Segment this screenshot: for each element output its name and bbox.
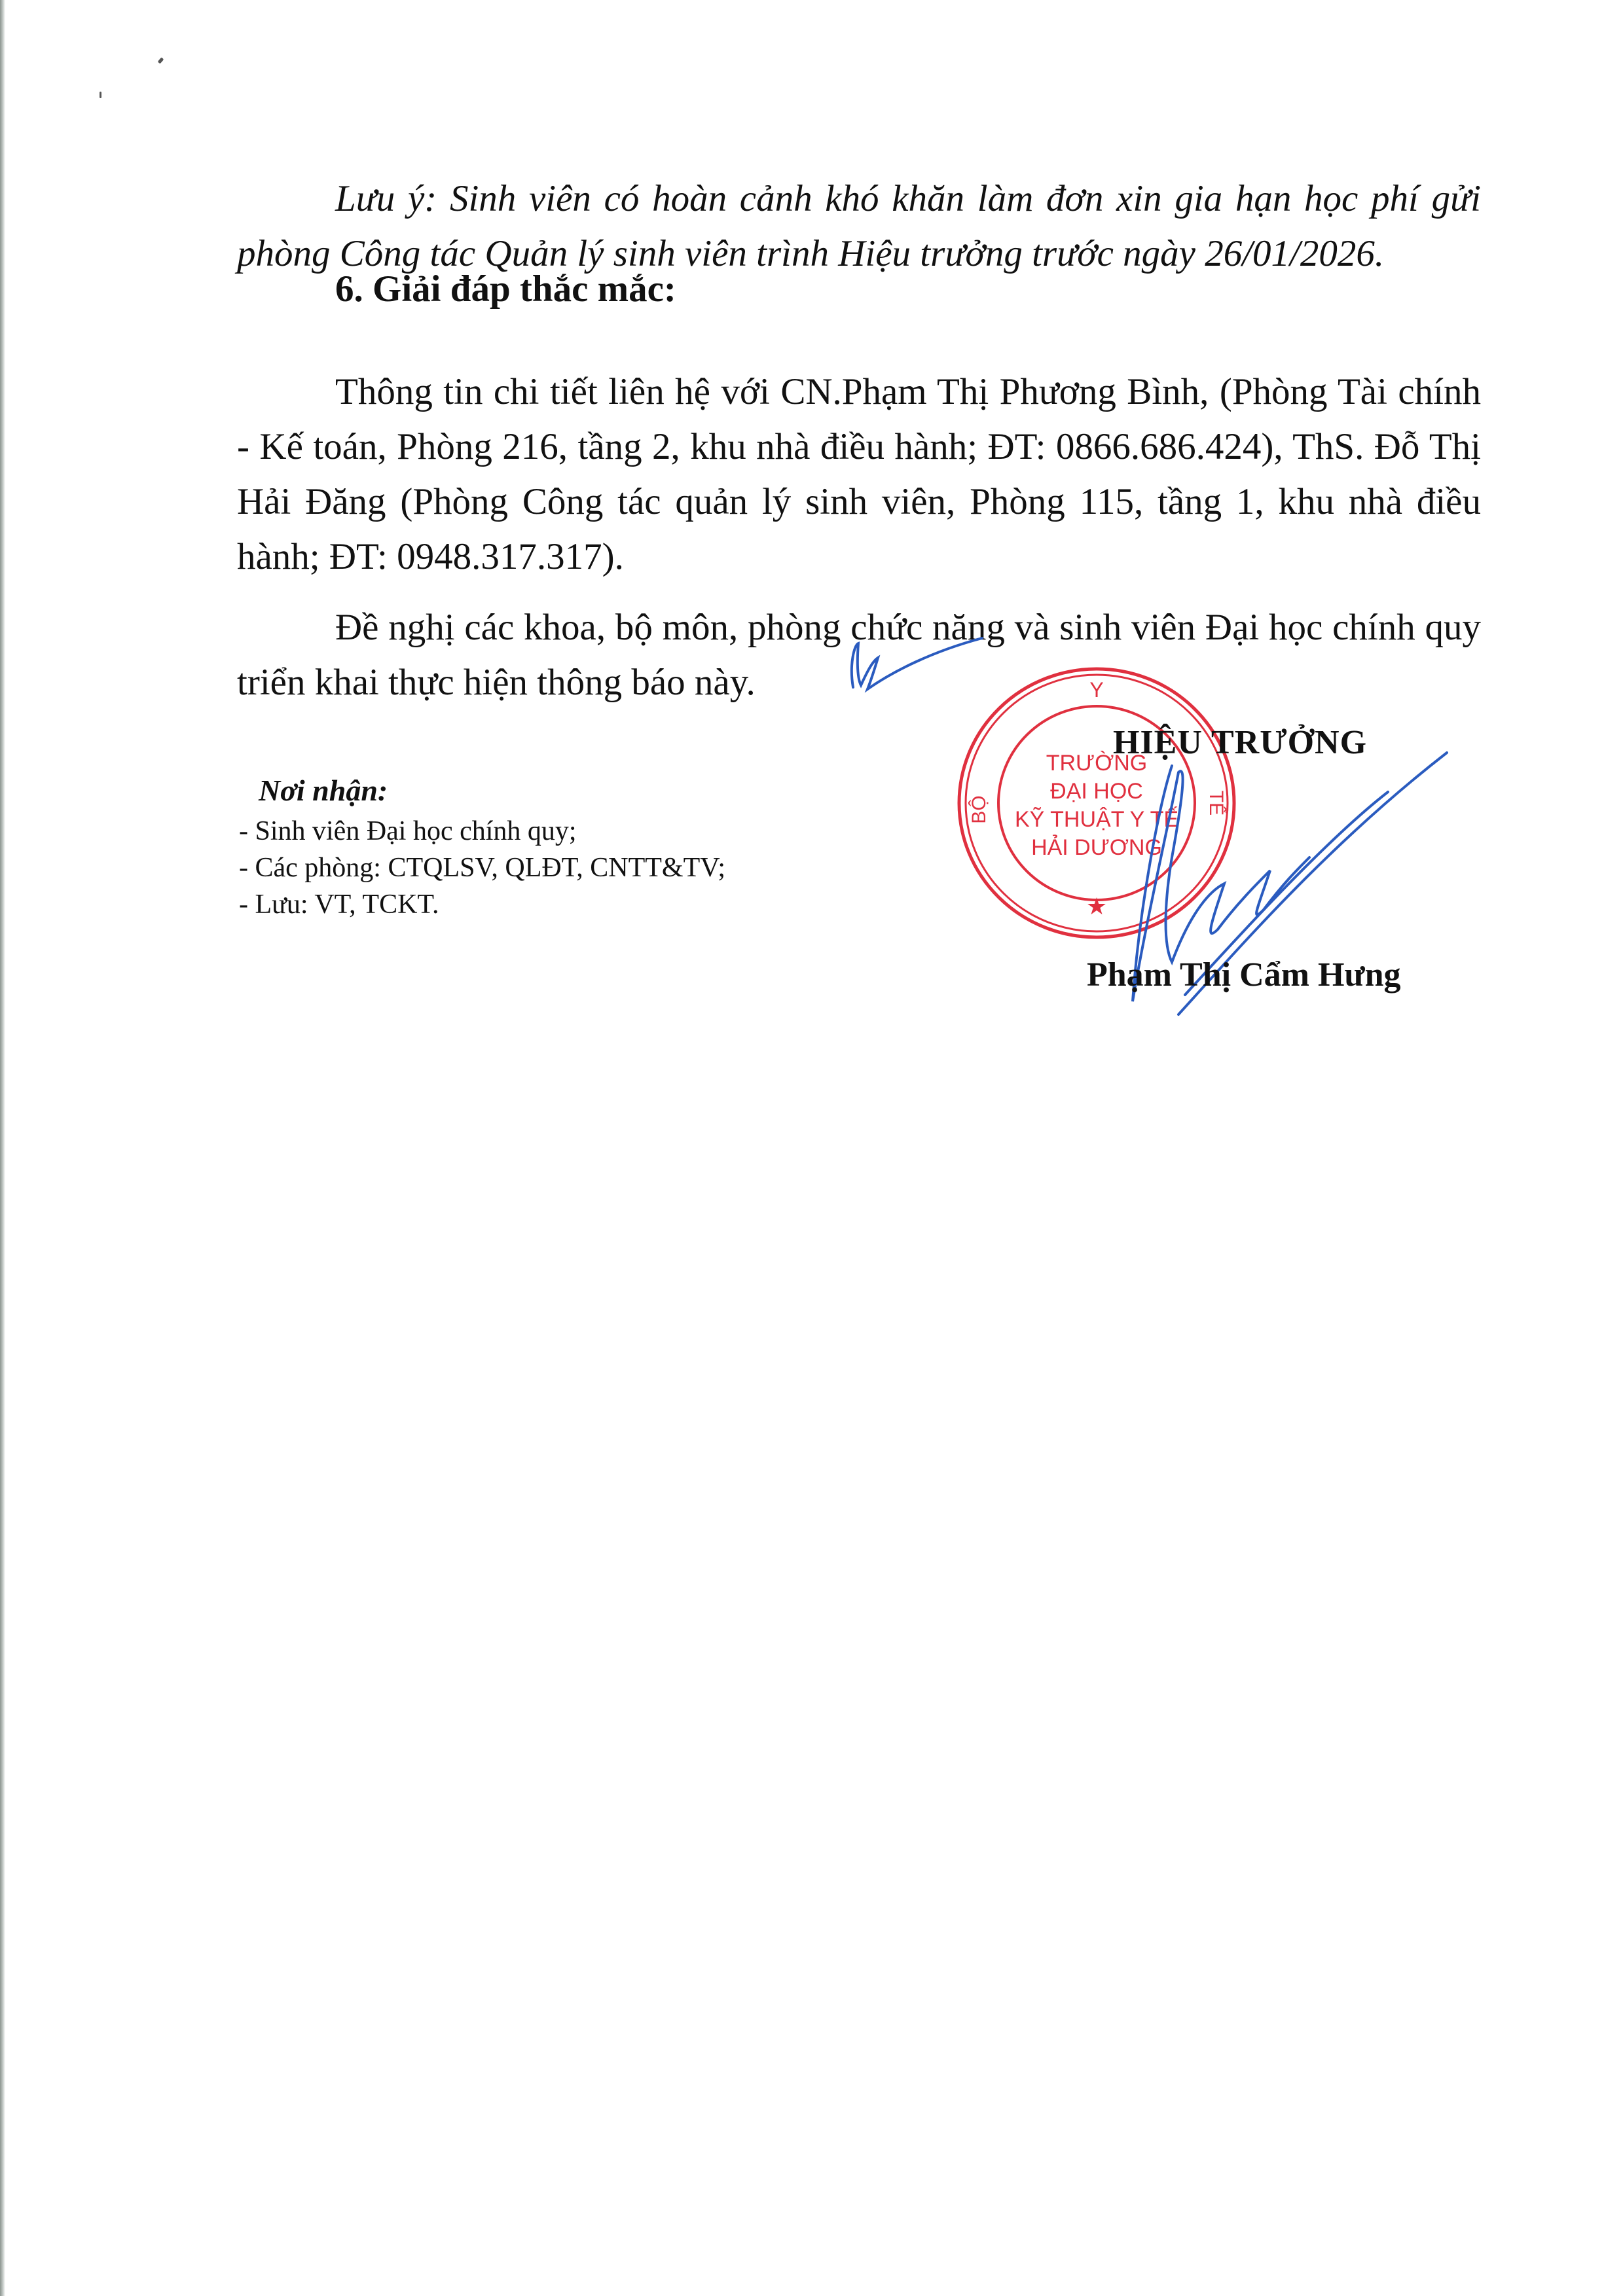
recipient-item: - Các phòng: CTQLSV, QLĐT, CNTT&TV; [239, 850, 725, 886]
recipients-block: Nơi nhận: - Sinh viên Đại học chính quy;… [239, 772, 725, 923]
scan-edge [0, 0, 5, 2296]
signer-name: Phạm Thị Cẩm Hưng [1087, 956, 1401, 994]
recipients-title: Nơi nhận: [239, 772, 725, 809]
section-heading: 6. Giải đáp thắc mắc: [335, 262, 1579, 317]
contact-paragraph: Thông tin chi tiết liên hệ với CN.Phạm T… [237, 365, 1481, 584]
stamp-left-text: BỘ [968, 795, 990, 823]
recipient-item: - Sinh viên Đại học chính quy; [239, 813, 725, 850]
recipient-item: - Lưu: VT, TCKT. [239, 886, 725, 923]
stamp-top-text: Y [1089, 678, 1103, 702]
